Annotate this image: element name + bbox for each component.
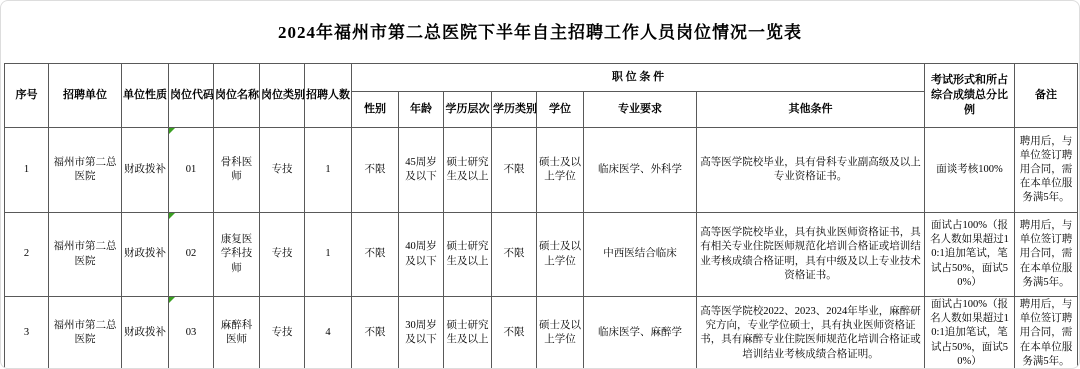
cell-seq: 1 [5, 128, 49, 213]
header-unit-type: 单位性质 [122, 64, 169, 128]
cell-major: 临床医学、外科学 [584, 128, 697, 213]
cell-seq: 3 [5, 297, 49, 369]
post-code-value: 02 [186, 248, 197, 259]
header-count: 招聘人数 [305, 64, 352, 128]
cell-count: 1 [305, 213, 352, 297]
cell-edu-type: 不限 [492, 128, 537, 213]
cell-major: 中西医结合临床 [584, 213, 697, 297]
cell-gender: 不限 [352, 213, 399, 297]
excel-error-indicator-icon [169, 297, 175, 303]
table-row: 3 福州市第二总医院 财政拨补 03 麻醉科医师 专技 4 不限 30周岁及以下… [5, 297, 1078, 369]
cell-gender: 不限 [352, 297, 399, 369]
cell-remark: 聘用后，与单位签订聘用合同，需在本单位服务满5年。 [1015, 297, 1078, 369]
cell-remark: 聘用后，与单位签订聘用合同，需在本单位服务满5年。 [1015, 213, 1078, 297]
cell-age: 30周岁及以下 [399, 297, 444, 369]
cell-unit-type: 财政拨补 [122, 128, 169, 213]
header-unit: 招聘单位 [49, 64, 122, 128]
cell-post-type: 专技 [260, 297, 305, 369]
header-post-name: 岗位名称 [214, 64, 260, 128]
cell-other: 高等医学院校毕业，具有执业医师资格证书，具有相关专业住院医师规范化培训合格证或培… [697, 213, 925, 297]
cell-post-code: 02 [169, 213, 214, 297]
post-code-value: 01 [186, 164, 197, 175]
cell-degree: 硕士及以上学位 [537, 128, 584, 213]
header-edu-level: 学历层次 [444, 92, 492, 128]
cell-exam: 面谈考核100% [925, 128, 1015, 213]
header-row-top: 序号 招聘单位 单位性质 岗位代码 岗位名称 岗位类别 招聘人数 职 位 条 件… [5, 64, 1078, 92]
cell-degree: 硕士及以上学位 [537, 213, 584, 297]
excel-error-indicator-icon [169, 128, 175, 134]
cell-post-type: 专技 [260, 128, 305, 213]
cell-post-code: 01 [169, 128, 214, 213]
cell-unit-type: 财政拨补 [122, 213, 169, 297]
cell-unit-type: 财政拨补 [122, 297, 169, 369]
cell-edu-level: 硕士研究生及以上 [444, 297, 492, 369]
cell-major: 临床医学、麻醉学 [584, 297, 697, 369]
header-gender: 性别 [352, 92, 399, 128]
page: 2024年福州市第二总医院下半年自主招聘工作人员岗位情况一览表 序号 招聘单位 … [0, 0, 1080, 369]
header-exam: 考试形式和所占综合成绩总分比例 [925, 64, 1015, 128]
cell-unit: 福州市第二总医院 [49, 213, 122, 297]
cell-edu-level: 硕士研究生及以上 [444, 213, 492, 297]
header-conditions-group: 职 位 条 件 [352, 64, 925, 92]
cell-seq: 2 [5, 213, 49, 297]
cell-post-name: 骨科医师 [214, 128, 260, 213]
post-code-value: 03 [186, 327, 197, 338]
cell-remark: 聘用后，与单位签订聘用合同，需在本单位服务满5年。 [1015, 128, 1078, 213]
header-age: 年龄 [399, 92, 444, 128]
header-remark: 备注 [1015, 64, 1078, 128]
recruitment-table: 序号 招聘单位 单位性质 岗位代码 岗位名称 岗位类别 招聘人数 职 位 条 件… [4, 63, 1078, 369]
cell-edu-type: 不限 [492, 297, 537, 369]
cell-other: 高等医学院校毕业，具有骨科专业副高级及以上专业资格证书。 [697, 128, 925, 213]
cell-post-code: 03 [169, 297, 214, 369]
cell-degree: 硕士及以上学位 [537, 297, 584, 369]
cell-post-type: 专技 [260, 213, 305, 297]
table-row: 1 福州市第二总医院 财政拨补 01 骨科医师 专技 1 不限 45周岁及以下 … [5, 128, 1078, 213]
header-degree: 学位 [537, 92, 584, 128]
cell-unit: 福州市第二总医院 [49, 128, 122, 213]
cell-age: 45周岁及以下 [399, 128, 444, 213]
table-row: 2 福州市第二总医院 财政拨补 02 康复医学科技师 专技 1 不限 40周岁及… [5, 213, 1078, 297]
cell-gender: 不限 [352, 128, 399, 213]
cell-count: 4 [305, 297, 352, 369]
cell-exam: 面试占100%（报名人数如果超过10:1追加笔试，笔试占50%，面试50%） [925, 213, 1015, 297]
header-seq: 序号 [5, 64, 49, 128]
cell-exam: 面试占100%（报名人数如果超过10:1追加笔试，笔试占50%，面试50%） [925, 297, 1015, 369]
cell-count: 1 [305, 128, 352, 213]
cell-post-name: 麻醉科医师 [214, 297, 260, 369]
page-title: 2024年福州市第二总医院下半年自主招聘工作人员岗位情况一览表 [1, 18, 1079, 43]
cell-post-name: 康复医学科技师 [214, 213, 260, 297]
header-post-type: 岗位类别 [260, 64, 305, 128]
header-edu-type: 学历类别 [492, 92, 537, 128]
header-post-code: 岗位代码 [169, 64, 214, 128]
cell-unit: 福州市第二总医院 [49, 297, 122, 369]
cell-other: 高等医学院校2022、2023、2024年毕业，麻醉研究方向，专业学位硕士，具有… [697, 297, 925, 369]
cell-edu-level: 硕士研究生及以上 [444, 128, 492, 213]
header-other: 其他条件 [697, 92, 925, 128]
cell-edu-type: 不限 [492, 213, 537, 297]
header-major: 专业要求 [584, 92, 697, 128]
excel-error-indicator-icon [169, 213, 175, 219]
cell-age: 40周岁及以下 [399, 213, 444, 297]
